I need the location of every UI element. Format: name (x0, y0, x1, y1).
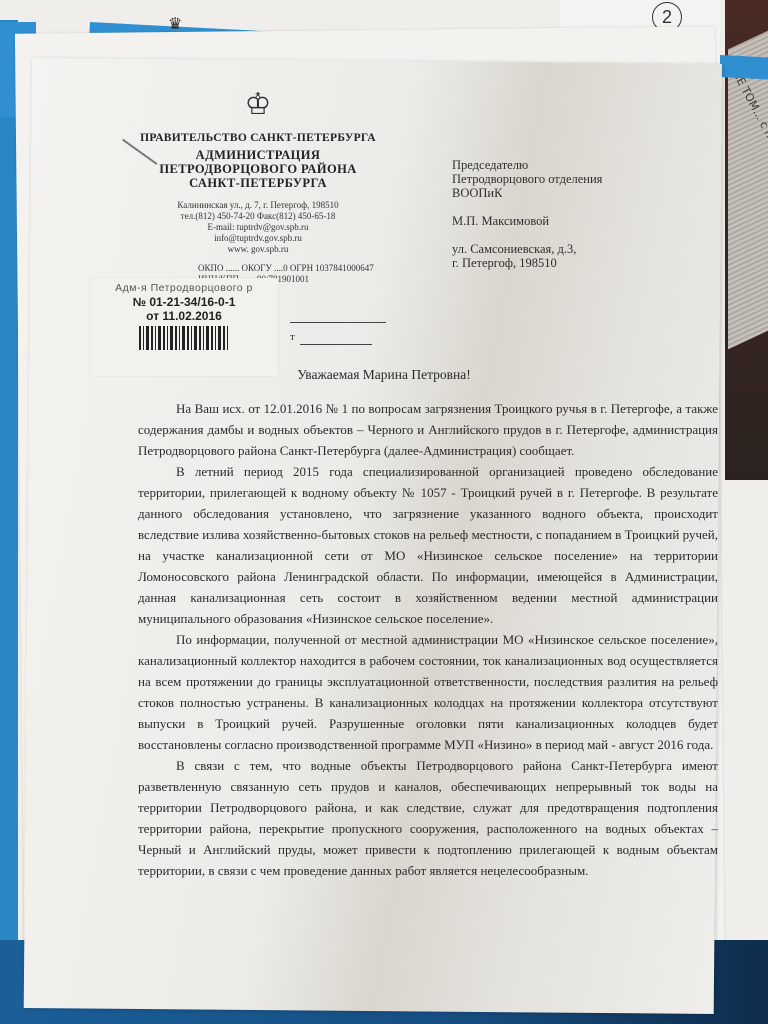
recipient-address: ул. Самсониевская, д.3, (452, 242, 602, 256)
website: www. gov.spb.ru (108, 244, 408, 255)
paragraph: На Ваш исх. от 12.01.2016 № 1 по вопроса… (138, 398, 718, 461)
barcode (139, 326, 229, 350)
admin-line: САНКТ-ПЕТЕРБУРГА (108, 176, 408, 190)
email: E-mail: tuptrdv@gov.spb.ru (108, 222, 408, 233)
codes-line: ОКПО ...... ОКОГУ ....0 ОГРН 10378410006… (198, 263, 408, 274)
recipient-position: Председателю (452, 158, 602, 172)
recipient-block: Председателю Петродворцового отделения В… (452, 158, 602, 270)
paragraph: В связи с тем, что водные объекты Петрод… (138, 755, 718, 881)
stamp-number: № 01-21-34/16-0-1 (90, 295, 278, 309)
government-title: ПРАВИТЕЛЬСТВО САНКТ-ПЕТЕРБУРГА (108, 132, 408, 144)
letter-body: На Ваш исх. от 12.01.2016 № 1 по вопроса… (138, 398, 718, 881)
paragraph: По информации, полученной от местной адм… (138, 629, 718, 755)
outgoing-number-line (290, 322, 386, 323)
recipient-position: Петродворцового отделения (452, 172, 602, 186)
letterhead: ♔ ПРАВИТЕЛЬСТВО САНКТ-ПЕТЕРБУРГА АДМИНИС… (108, 88, 408, 285)
phones: тел.(812) 450-74-20 Факс(812) 450-65-18 (108, 211, 408, 222)
recipient-position: ВООПиК (452, 186, 602, 200)
admin-line: АДМИНИСТРАЦИЯ (108, 148, 408, 162)
blue-folder-edge (0, 20, 18, 1024)
recipient-name: М.П. Максимовой (452, 214, 602, 228)
ref-date-line (300, 344, 372, 345)
recipient-address: г. Петергоф, 198510 (452, 256, 602, 270)
paragraph: В летний период 2015 года специализирова… (138, 461, 718, 629)
salutation: Уважаемая Марина Петровна! (0, 367, 768, 383)
coat-of-arms-icon: ♔ (108, 88, 408, 122)
administration-title: АДМИНИСТРАЦИЯ ПЕТРОДВОРЦОВОГО РАЙОНА САН… (108, 148, 408, 190)
contact-block: Калининская ул., д. 7, г. Петергоф, 1985… (108, 200, 408, 255)
address: Калининская ул., д. 7, г. Петергоф, 1985… (108, 200, 408, 211)
ref-prefix: т (290, 331, 295, 343)
stamp-date: от 11.02.2016 (90, 309, 278, 323)
registration-stamp: Адм-я Петродворцового р № 01-21-34/16-0-… (90, 278, 278, 376)
admin-line: ПЕТРОДВОРЦОВОГО РАЙОНА (108, 162, 408, 176)
stamp-organization: Адм-я Петродворцового р (90, 282, 278, 294)
email: info@tuptrdv.gov.spb.ru (108, 233, 408, 244)
